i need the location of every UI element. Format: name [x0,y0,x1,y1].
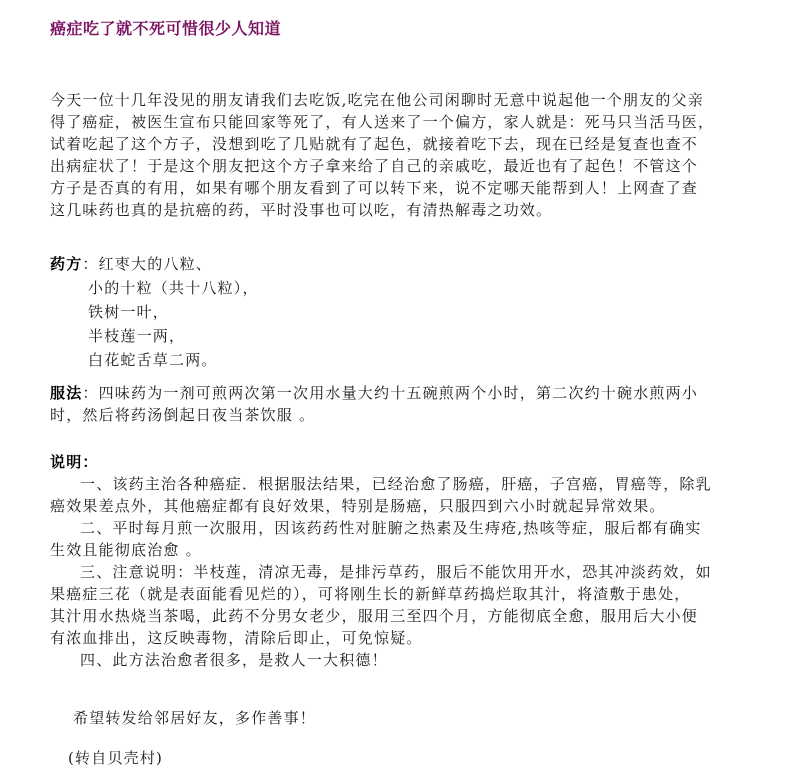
notes-line: 有浓血排出，这反映毒物，清除后即止，可免惊疑。 [50,627,730,649]
notes-line: 四、此方法治愈者很多，是救人一大积德！ [50,649,730,671]
notes-line: 其汁用水热烧当茶喝，此药不分男女老少，服用三至四个月，方能彻底全愈，服用后大小便 [50,605,730,627]
usage-section: 服法：四味药为一剂可煎两次第一次用水量大约十五碗煎两个小时，第二次约十碗水煎两小… [50,382,730,426]
notes-line: 果癌症三花（就是表面能看见烂的），可将刚生长的新鲜草药捣烂取其汁，将渣敷于患处， [50,583,730,605]
usage-first-line: 服法：四味药为一剂可煎两次第一次用水量大约十五碗煎两个小时，第二次约十碗水煎两小 [50,382,730,404]
notes-colon: ： [82,453,98,471]
notes-line: 三、注意说明：半枝莲，清凉无毒，是排污草药，服后不能饮用开水，恐其冲淡药效，如 [50,561,730,583]
intro-line: 出病症状了！于是这个朋友把这个方子拿来给了自己的亲戚吃，最近也有了起色！不管这个 [50,155,730,177]
intro-line: 试着吃起了这个方子，没想到吃了几贴就有了起色，就接着吃下去，现在已经是复查也查不 [50,133,730,155]
article-title: 癌症吃了就不死可惜很少人知道 [50,16,281,39]
recipe-colon: ： [82,255,98,273]
usage-text: 四味药为一剂可煎两次第一次用水量大约十五碗煎两个小时，第二次约十碗水煎两小 [99,384,698,402]
recipe-item: 铁树一叶， [50,301,730,325]
intro-line: 今天一位十几年没见的朋友请我们去吃饭,吃完在他公司闲聊时无意中说起他一个朋友的父… [50,89,730,111]
recipe-label: 药方 [50,255,82,273]
recipe-item: 红枣大的八粒、 [99,255,212,273]
intro-line: 这几味药也真的是抗癌的药，平时没事也可以吃，有清热解毒之功效。 [50,199,730,221]
usage-label: 服法 [50,384,82,402]
recipe-item: 半枝莲一两， [50,325,730,349]
notes-heading: 说明： [50,451,730,473]
closing-text: 希望转发给邻居好友，多作善事！ [73,707,316,728]
recipe-item: 白花蛇舌草二两。 [50,349,730,373]
recipe-first-line: 药方：红枣大的八粒、 [50,253,730,277]
intro-paragraph: 今天一位十几年没见的朋友请我们去吃饭,吃完在他公司闲聊时无意中说起他一个朋友的父… [50,89,730,221]
notes-line: 癌效果差点外，其他癌症都有良好效果，特别是肠癌，只服四到六小时就起异常效果。 [50,495,730,517]
notes-line: 一、该药主治各种癌症．根据服法结果，已经治愈了肠癌，肝癌，子宫癌，胃癌等，除乳 [50,473,730,495]
source-attribution: (转自贝壳村) [68,747,163,768]
notes-label: 说明 [50,453,82,471]
notes-line: 生效且能彻底治愈 。 [50,539,730,561]
usage-text: 时，然后将药汤倒起日夜当茶饮服 。 [50,404,730,426]
recipe-section: 药方：红枣大的八粒、 小的十粒（共十八粒）， 铁树一叶， 半枝莲一两， 白花蛇舌… [50,253,730,373]
intro-line: 得了癌症，被医生宣布只能回家等死了，有人送来了一个偏方，家人就是：死马只当活马医… [50,111,730,133]
intro-line: 方子是否真的有用，如果有哪个朋友看到了可以转下来，说不定哪天能帮到人！上网查了查 [50,177,730,199]
usage-colon: ： [82,384,98,402]
notes-line: 二、平时每月煎一次服用，因该药药性对脏腑之热素及生痔疮,热咳等症，服后都有确实 [50,517,730,539]
recipe-item: 小的十粒（共十八粒）， [50,277,730,301]
notes-section: 说明： 一、该药主治各种癌症．根据服法结果，已经治愈了肠癌，肝癌，子宫癌，胃癌等… [50,451,730,671]
